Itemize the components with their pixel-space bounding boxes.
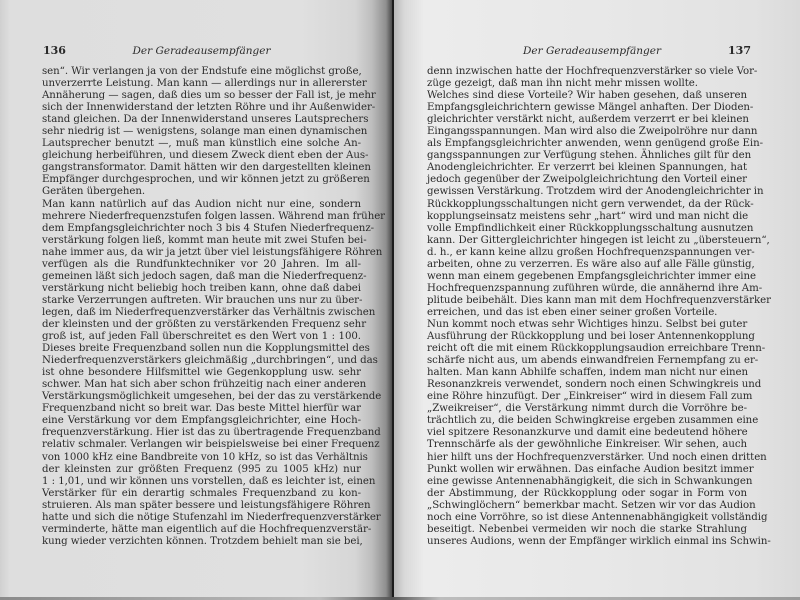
text-line: hier hilft uns der Hochfrequenzverstärke… [427, 452, 747, 464]
text-line: noch eine Vorröhre, so ist diese Antenne… [427, 512, 747, 524]
text-line: eine gewisse Antennenabhängigkeit, die s… [427, 476, 747, 488]
text-line: volle Empfindlichkeit einer Rückkopplung… [427, 223, 747, 235]
text-line: jedoch gegenüber der Zweipolgleichrichtu… [427, 174, 747, 186]
text-line: erreichen, und das ist eben einer seiner… [427, 307, 747, 319]
text-line: Nun kommt noch etwas sehr Wichtiges hinz… [427, 319, 747, 331]
text-line: Hochfrequenzspannung zuführen würde, die… [427, 283, 747, 295]
left-page-header: 136 Der Geradeausempfänger [43, 44, 360, 58]
text-line: gangstransformator. Damit hätten wir den… [42, 162, 361, 174]
text-line: von 1000 kHz eine Bandbreite von 10 kHz,… [42, 452, 361, 464]
text-line: ist ohne besondere Hilfsmittel wie Gegen… [42, 367, 361, 379]
text-line: 1 : 1,01, und wir können uns vorstellen,… [42, 476, 361, 488]
text-line: verstärkung folgen ließ, kommt man heute… [42, 235, 361, 247]
text-line: Empfänger durchgesprochen, und wir könne… [42, 174, 361, 186]
text-line: „Zweikreiser“, die Verstärkung nimmt dur… [427, 403, 747, 415]
text-line: sehr niedrig ist — wenigstens, solange m… [42, 126, 361, 138]
text-line: arbeiten, ohne zu verzerren. Es wäre als… [427, 259, 747, 271]
text-line: züge gezeigt, daß man ihn nicht mehr mis… [427, 78, 747, 90]
text-line: gemeinen läßt sich jedoch sagen, daß man… [42, 271, 361, 283]
text-line: Trennschärfe als der gewöhnliche Einkrei… [427, 439, 747, 451]
text-line: dem Empfangsgleichrichter noch 3 bis 4 S… [42, 223, 361, 235]
text-line: trächtlich zu, die beiden Schwingkreise … [427, 415, 747, 427]
text-line: Man kann natürlich auf das Audion nicht … [42, 199, 361, 211]
text-line: schwer. Man hat sich aber schon frühzeit… [42, 379, 361, 391]
text-line: relativ schmaler. Verlangen wir beispiel… [42, 439, 361, 451]
text-line: halten. Man kann Abhilfe schaffen, indem… [427, 367, 747, 379]
book-spread: 136 Der Geradeausempfänger sen“. Wir ver… [0, 0, 800, 600]
right-page: Der Geradeausempfänger 137 denn inzwisch… [394, 0, 800, 600]
right-page-body: denn inzwischen hatte der Hochfrequenzve… [427, 66, 747, 548]
text-line: legen, daß im Niederfrequenzverstärker d… [42, 307, 361, 319]
text-line: Anodengleichrichter. Er verzerrt bei kle… [427, 162, 747, 174]
text-line: Verstärker für ein derartig schmales Fre… [42, 488, 361, 500]
text-line: d. h., er kann keine allzu großen Hochfr… [427, 247, 747, 259]
left-page-body: sen“. Wir verlangen ja von der Endstufe … [42, 66, 361, 548]
text-line: Rückkopplungsschaltungen nicht gern verw… [427, 199, 747, 211]
running-title-right: Der Geradeausempfänger [433, 44, 751, 58]
text-line: eine Röhre hinzufügt. Der „Einkreiser“ w… [427, 391, 747, 403]
text-line: Verstärkungsmöglichkeit umgesehen, bei d… [42, 391, 361, 403]
text-line: hatte und sich die nötige Stufenzahl im … [42, 512, 361, 524]
text-line: unseres Audions, wenn der Empfänger wirk… [427, 536, 747, 548]
text-line: Ausführung der Rückkopplung und bei lose… [427, 331, 747, 343]
text-line: reicht oft die mit einem Rückkopplungsau… [427, 343, 747, 355]
left-page: 136 Der Geradeausempfänger sen“. Wir ver… [0, 0, 394, 600]
text-line: Resonanzkreis verwendet, sondern noch ei… [427, 379, 747, 391]
text-line: Frequenzband nicht so breit war. Das bes… [42, 403, 361, 415]
text-line: Niederfrequenzverstärkers gleichmäßig „d… [42, 355, 361, 367]
text-line: als Empfangsgleichrichter anwenden, wenn… [427, 138, 747, 150]
text-line: wenn man einem gegebenen Empfangsgleichr… [427, 271, 747, 283]
text-line: verminderte, hätte man eigentlich auf di… [42, 524, 361, 536]
text-line: frequenzverstärkung. Hier ist das zu übe… [42, 427, 361, 439]
text-line: kung wieder verzichten können. Trotzdem … [42, 536, 361, 548]
text-line: Welches sind diese Vorteile? Wir haben g… [427, 90, 747, 102]
text-line: viel spitzere Resonanzkurve und damit ei… [427, 427, 747, 439]
text-line: beseitigt. Nebenbei vermeiden wir noch d… [427, 524, 747, 536]
text-line: gangsspannungen zur Verfügung stehen. Äh… [427, 150, 747, 162]
text-line: kopplungseinsatz meistens sehr „hart“ wi… [427, 211, 747, 223]
text-line: Punkt wollen wir erwähnen. Das einfache … [427, 464, 747, 476]
text-line: sen“. Wir verlangen ja von der Endstufe … [42, 66, 361, 78]
text-line: groß ist, auf jeden Fall überschreitet e… [42, 331, 361, 343]
text-line: mehrere Niederfrequenzstufen folgen lass… [42, 211, 361, 223]
text-line: Dieses breite Frequenzband sollen nun di… [42, 343, 361, 355]
text-line: Lautsprecher benutzt —, muß man künstlic… [42, 138, 361, 150]
text-line: sich der Innenwiderstand der letzten Röh… [42, 102, 361, 114]
running-title-left: Der Geradeausempfänger [43, 44, 360, 58]
page-number-right: 137 [728, 44, 751, 58]
text-line: gleichung herbeiführen, und diesem Zweck… [42, 150, 361, 162]
text-line: „Schwinglöchern“ bemerkbar macht. Setzen… [427, 500, 747, 512]
text-line: verstärkung nicht beliebig hoch treiben … [42, 283, 361, 295]
text-line: Empfangsgleichrichtern gewisse Mängel an… [427, 102, 747, 114]
text-line: Annäherung — sagen, daß dies um so besse… [42, 90, 361, 102]
text-line: verfügen als die Rundfunktechniker vor 2… [42, 259, 361, 271]
text-line: schärfe nicht aus, um abends einwandfrei… [427, 355, 747, 367]
text-line: starke Verzerrungen auftreten. Wir brauc… [42, 295, 361, 307]
text-line: gewissen Verstärkung. Trotzdem wird der … [427, 186, 747, 198]
text-line: stand gleichen. Da der Innenwiderstand u… [42, 114, 361, 126]
text-line: der Abstimmung, der Rückkopplung oder so… [427, 488, 747, 500]
text-line: Geräten übergehen. [42, 186, 361, 198]
text-line: eine Verstärkung vor dem Empfangsgleichr… [42, 415, 361, 427]
text-line: unverzerrte Leistung. Man kann — allerdi… [42, 78, 361, 90]
text-line: Eingangsspannungen. Man wird also die Zw… [427, 126, 747, 138]
text-line: gleichrichter verstärkt nicht, außerdem … [427, 114, 747, 126]
text-line: denn inzwischen hatte der Hochfrequenzve… [427, 66, 747, 78]
text-line: plitude beibehält. Dies kann man mit dem… [427, 295, 747, 307]
right-page-header: Der Geradeausempfänger 137 [433, 44, 751, 58]
text-line: nahe immer aus, da wir ja jetzt über vie… [42, 247, 361, 259]
text-line: der kleinsten und der größten zu verstär… [42, 319, 361, 331]
text-line: kann. Der Gittergleichrichter hingegen i… [427, 235, 747, 247]
text-line: struieren. Als man später bessere und le… [42, 500, 361, 512]
text-line: der kleinsten zur größten Frequenz (995 … [42, 464, 361, 476]
